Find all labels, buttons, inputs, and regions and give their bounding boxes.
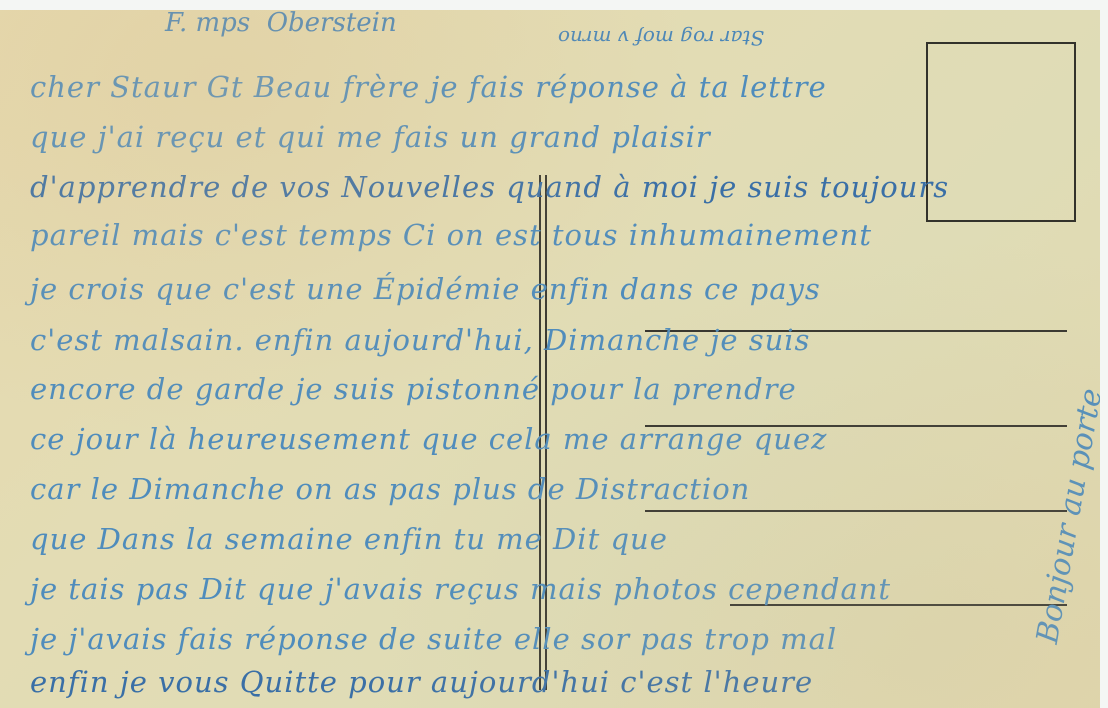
header-prefix: F. mps	[165, 10, 250, 38]
address-line-3	[645, 510, 1067, 512]
text-line-13: enfin je vous Quitte pour aujourd'hui c'…	[30, 665, 813, 699]
header-note: F. mps Oberstein	[165, 10, 397, 38]
text-line-11: je tais pas Dit que j'avais reçus mais p…	[30, 572, 891, 606]
text-line-10: que Dans la semaine enfin tu me Dit que	[30, 522, 668, 556]
text-line-1: cher Staur Gt Beau frère je fais réponse…	[30, 70, 827, 104]
upside-down-note: Star rog mof v mrno	[558, 26, 764, 50]
text-line-3: d'apprendre de vos Nouvelles quand à moi…	[30, 170, 949, 204]
text-line-7: encore de garde je suis pistonné pour la…	[30, 372, 797, 406]
text-line-4: pareil mais c'est temps Ci on est tous i…	[30, 218, 872, 252]
text-line-8: ce jour là heureusement que cela me arra…	[30, 422, 827, 456]
text-line-12: je j'avais fais réponse de suite elle so…	[30, 622, 837, 656]
text-line-2: que j'ai reçu et qui me fais un grand pl…	[30, 120, 711, 154]
postcard: F. mps Oberstein Star rog mof v mrno che…	[0, 10, 1100, 708]
text-line-5: je crois que c'est une Épidémie enfin da…	[30, 272, 821, 306]
header-oberstein: Oberstein	[267, 10, 397, 38]
text-line-6: c'est malsain. enfin aujourd'hui, Dimanc…	[30, 323, 810, 357]
text-line-9: car le Dimanche on as pas plus de Distra…	[30, 472, 750, 506]
